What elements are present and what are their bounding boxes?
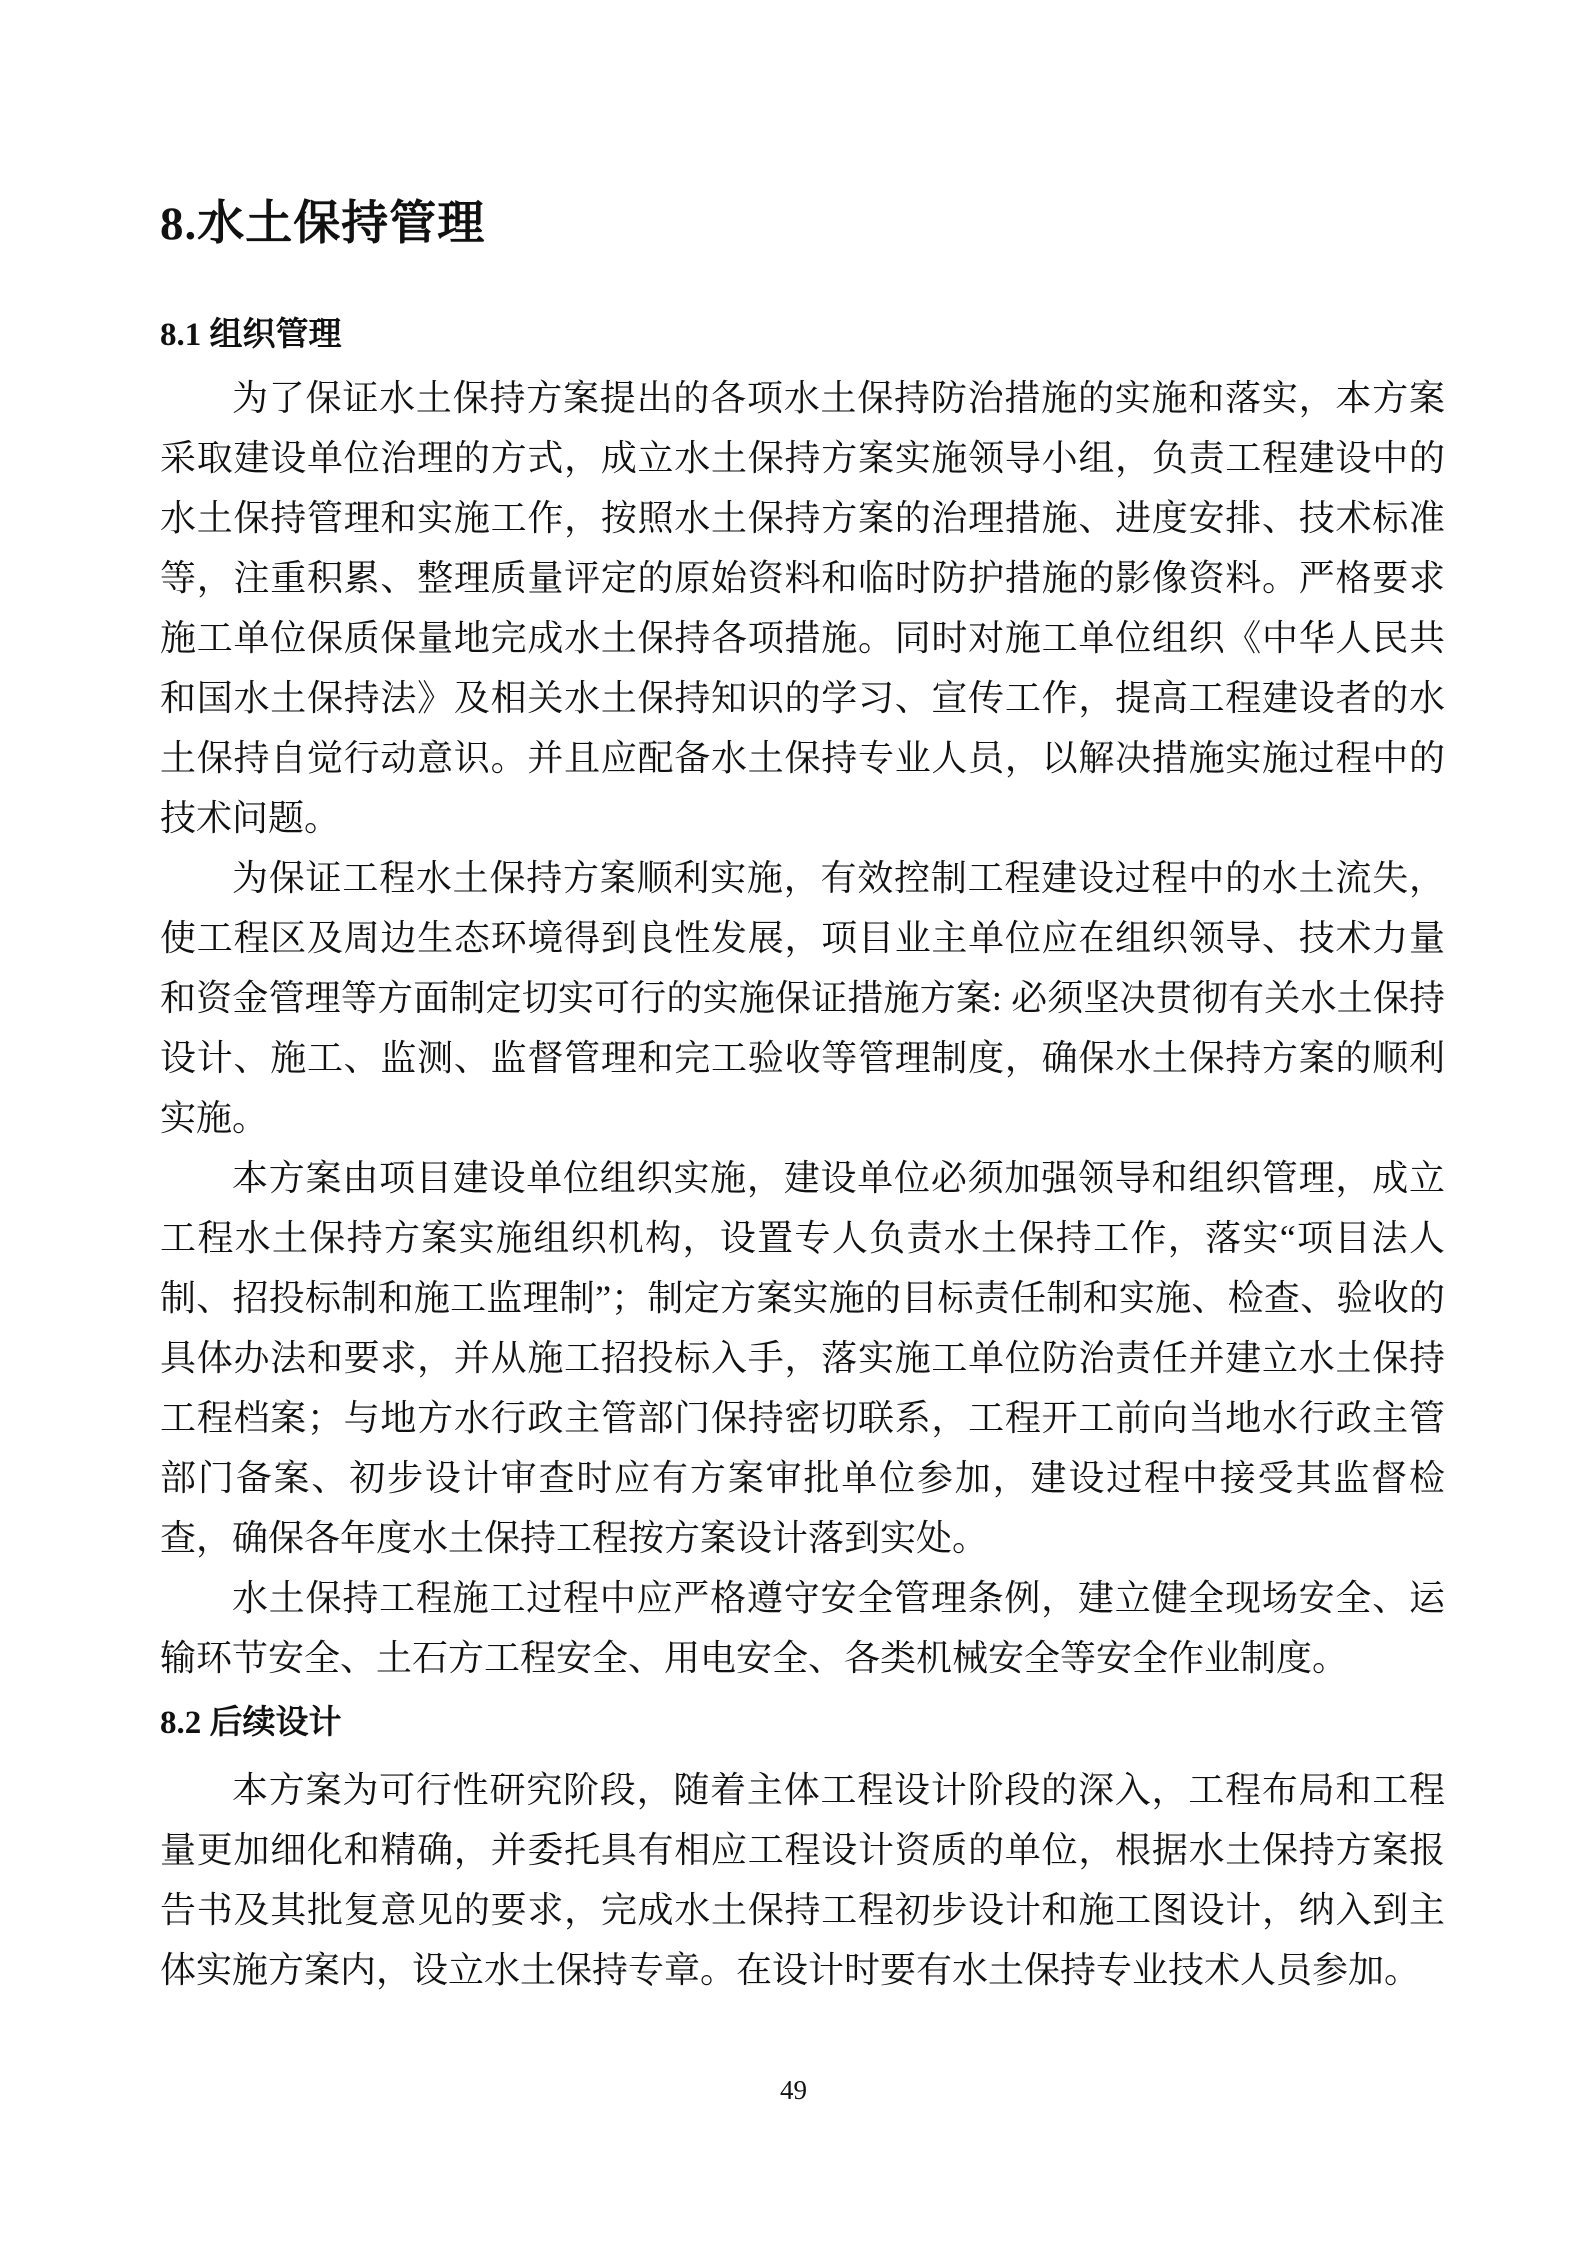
paragraph-8-1-1: 为了保证水土保持方案提出的各项水土保持防治措施的实施和落实，本方案采取建设单位治… [160, 368, 1445, 848]
page-number: 49 [0, 2075, 1587, 2105]
document-title: 8.水土保持管理 [160, 195, 1445, 253]
paragraph-8-1-3: 本方案由项目建设单位组织实施，建设单位必须加强领导和组织管理，成立工程水土保持方… [160, 1148, 1445, 1568]
paragraph-8-2-1: 本方案为可行性研究阶段，随着主体工程设计阶段的深入，工程布局和工程量更加细化和精… [160, 1760, 1445, 2000]
document-page: 8.水土保持管理 8.1 组织管理 为了保证水土保持方案提出的各项水土保持防治措… [0, 0, 1587, 2245]
paragraph-8-1-4: 水土保持工程施工过程中应严格遵守安全管理条例，建立健全现场安全、运输环节安全、土… [160, 1568, 1445, 1688]
section-heading-8-1: 8.1 组织管理 [160, 312, 1445, 358]
section-heading-8-2: 8.2 后续设计 [160, 1700, 1445, 1746]
paragraph-8-1-2: 为保证工程水土保持方案顺利实施，有效控制工程建设过程中的水土流失，使工程区及周边… [160, 848, 1445, 1148]
